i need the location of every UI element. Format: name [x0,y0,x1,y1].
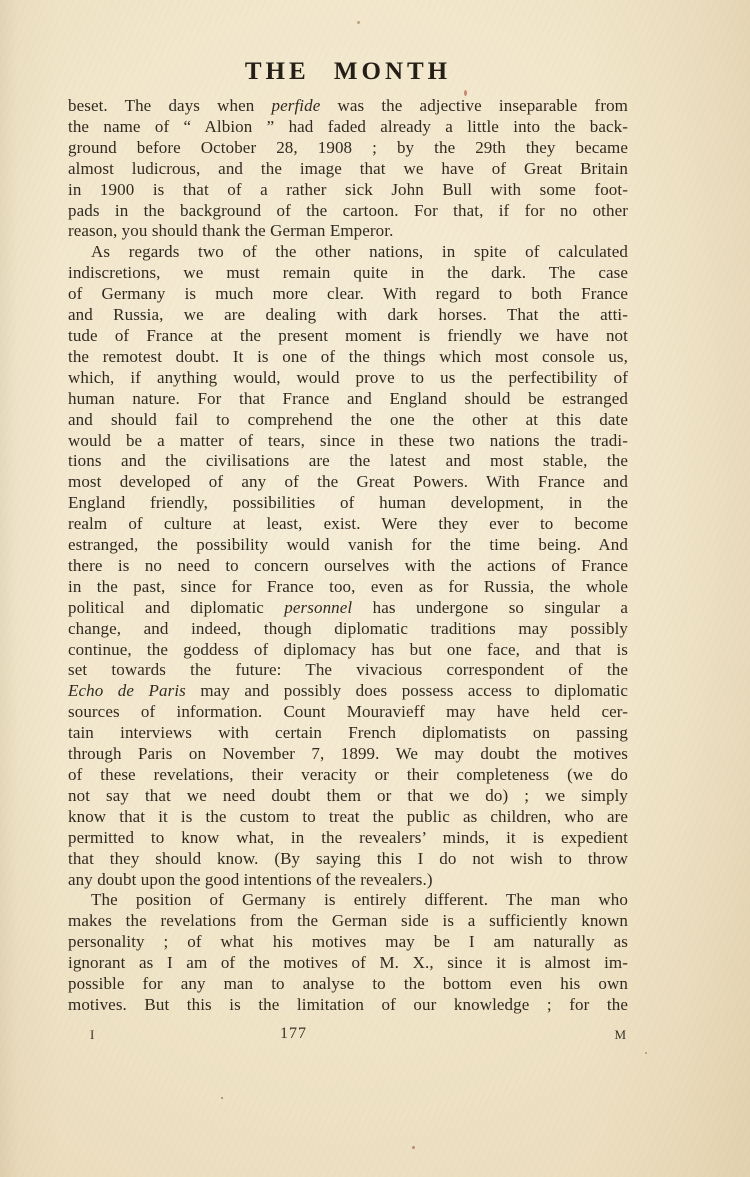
text-line: realm of culture at least, exist. Were t… [68,514,628,535]
text-line: tions and the civilisations are the late… [68,451,628,472]
text-line: tude of France at the present moment is … [68,326,628,347]
page-footer: I 177 M [68,1025,628,1047]
text-line: of Germany is much more clear. With rega… [68,284,628,305]
text-line: that they should know. (By saying this I… [68,849,628,870]
text-line: estranged, the possibility would vanish … [68,535,628,556]
text-line: continue, the goddess of diplomacy has b… [68,640,628,661]
paper-speck [464,90,467,96]
text-line: the remotest doubt. It is one of the thi… [68,347,628,368]
text-line: political and diplomatic personnel has u… [68,598,628,619]
book-page-scan: { "colors": { "paper": "#f2e7cc", "ink":… [0,0,750,1177]
text-line: personality ; of what his motives may be… [68,932,628,953]
text-line: not say that we need doubt them or that … [68,786,628,807]
text-line: makes the revelations from the German si… [68,911,628,932]
paragraph: The position of Germany is entirely diff… [68,890,628,1015]
text-line: in the past, since for France too, even … [68,577,628,598]
text-line: set towards the future: The vivacious co… [68,660,628,681]
text-line: motives. But this is the limitation of o… [68,995,628,1016]
paragraph: beset. The days when perfide was the adj… [68,96,628,242]
text-line: As regards two of the other nations, in … [68,242,628,263]
page-title: THE MONTH [68,58,628,86]
text-line: through Paris on November 7, 1899. We ma… [68,744,628,765]
text-line: pads in the background of the cartoon. F… [68,201,628,222]
paper-speck [221,1097,223,1099]
text-line: beset. The days when perfide was the adj… [68,96,628,117]
signature-mark-left: I [90,1027,94,1043]
text-line: know that it is the custom to treat the … [68,807,628,828]
text-line: tain interviews with certain French dipl… [68,723,628,744]
paper-speck [412,1146,415,1149]
text-line: most developed of any of the Great Power… [68,472,628,493]
text-line: The position of Germany is entirely diff… [68,890,628,911]
text-line: the name of “ Albion ” had faded already… [68,117,628,138]
paragraph: As regards two of the other nations, in … [68,242,628,890]
paper-speck [357,21,360,24]
text-line: possible for any man to analyse to the b… [68,974,628,995]
text-block: beset. The days when perfide was the adj… [68,96,628,1016]
text-line: ignorant as I am of the motives of M. X.… [68,953,628,974]
text-line: any doubt upon the good intentions of th… [68,870,628,891]
text-line: permitted to know what, in the revealers… [68,828,628,849]
text-line: would be a matter of tears, since in the… [68,431,628,452]
text-line: indiscretions, we must remain quite in t… [68,263,628,284]
text-line: reason, you should thank the German Empe… [68,221,628,242]
text-line: in 1900 is that of a rather sick John Bu… [68,180,628,201]
text-line: which, if anything would, would prove to… [68,368,628,389]
text-line: England friendly, possibilities of human… [68,493,628,514]
text-line: human nature. For that France and Englan… [68,389,628,410]
text-line: change, and indeed, though diplomatic tr… [68,619,628,640]
text-line: sources of information. Count Mouravieff… [68,702,628,723]
text-line: and should fail to comprehend the one th… [68,410,628,431]
signature-mark-right: M [614,1027,626,1043]
text-line: ground before October 28, 1908 ; by the … [68,138,628,159]
text-line: of these revelations, their veracity or … [68,765,628,786]
paper-speck [645,1052,647,1054]
page-number: 177 [280,1025,307,1043]
text-line: almost ludicrous, and the image that we … [68,159,628,180]
text-line: and Russia, we are dealing with dark hor… [68,305,628,326]
text-line: Echo de Paris may and possibly does poss… [68,681,628,702]
text-line: there is no need to concern ourselves wi… [68,556,628,577]
